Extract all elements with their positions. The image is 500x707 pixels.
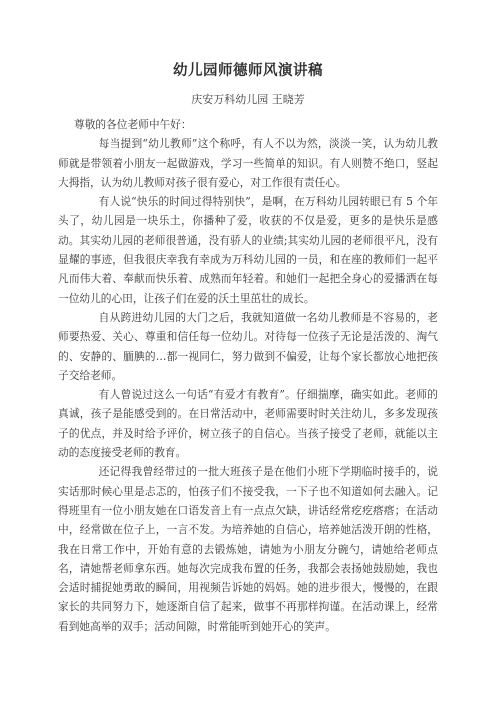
greeting-line: 尊敬的各位老师中午好： [58, 115, 438, 134]
document-byline: 庆安万科幼儿园 王晓芳 [58, 93, 438, 106]
document-body: 尊敬的各位老师中午好： 每当提到“幼儿教师”这个称呼，有人不以为然，淡淡一笑，认… [58, 115, 438, 636]
paragraph-equal-love: 自从跨进幼儿园的大门之后，我就知道做一名幼儿教师是不容易的，老师要热爱、关心、尊… [58, 308, 438, 385]
paragraph-intro: 每当提到“幼儿教师”这个称呼，有人不以为然，淡淡一笑，认为幼儿教师就是带领着小朋… [58, 134, 438, 192]
document-page: 幼儿园师德师风演讲稿 庆安万科幼儿园 王晓芳 尊敬的各位老师中午好： 每当提到“… [0, 0, 500, 707]
paragraph-love-education: 有人曾说过这么一句话“有爱才有教育”。仔细揣摩，确实如此。老师的真诚，孩子是能感… [58, 385, 438, 462]
document-title: 幼儿园师德师风演讲稿 [58, 62, 438, 80]
paragraph-happy-time: 有人说“快乐的时间过得特别快”，是啊，在万科幼儿园转眼已有 5 个年头了，幼儿园… [58, 192, 438, 308]
paragraph-student-story: 还记得我曾经带过的一批大班孩子是在他们小班下学期临时接手的，说实话那时候心里是忐… [58, 462, 438, 636]
